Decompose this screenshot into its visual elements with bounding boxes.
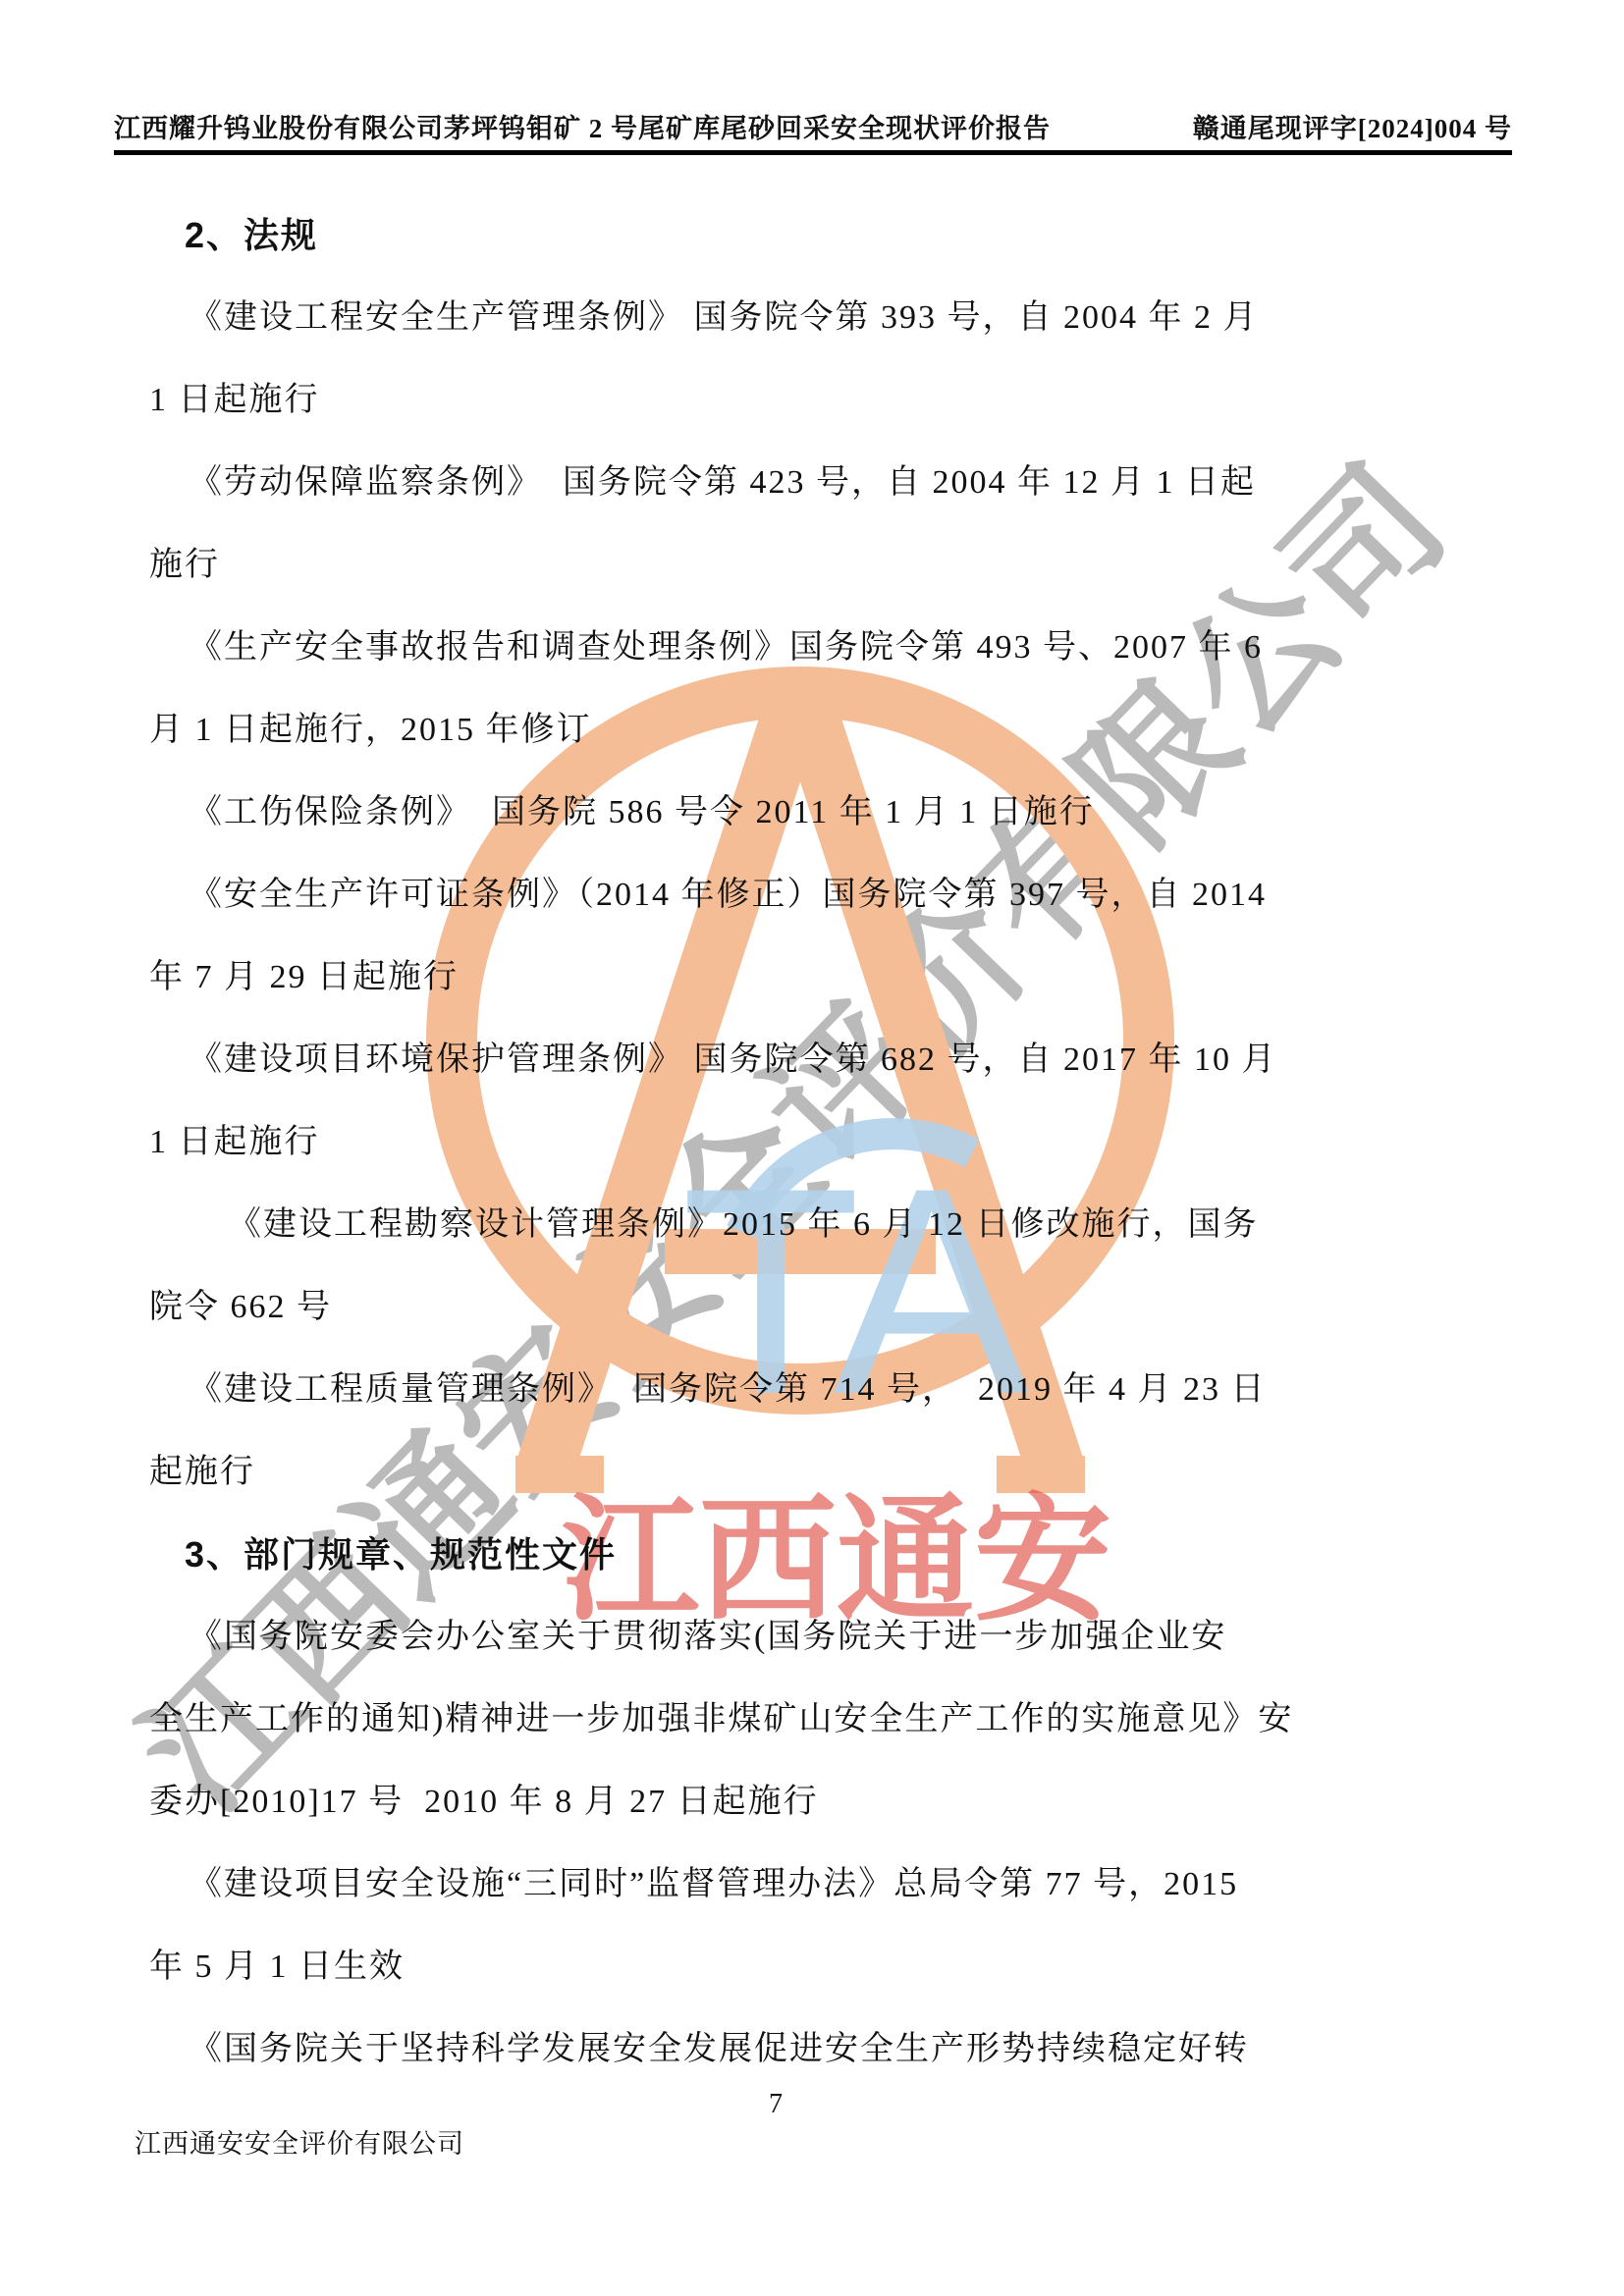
text-line: 《国务院安委会办公室关于贯彻落实(国务院关于进一步加强企业安 [149, 1596, 1494, 1679]
text-line: 《建设工程质量管理条例》 国务院令第 714 号， 2019 年 4 月 23 … [149, 1349, 1494, 1431]
text-line: 《建设项目安全设施“三同时”监督管理办法》总局令第 77 号，2015 [149, 1843, 1494, 1926]
text-line: 《工伤保险条例》 国务院 586 号令 2011 年 1 月 1 日施行 [149, 772, 1494, 854]
text-line: 起施行 [149, 1431, 1494, 1514]
text-line: 院令 662 号 [149, 1266, 1494, 1349]
text-line: 全生产工作的通知)精神进一步加强非煤矿山安全生产工作的实施意见》安 [149, 1679, 1494, 1761]
text-line: 月 1 日起施行，2015 年修订 [149, 689, 1494, 772]
body-text: 2、法规《建设工程安全生产管理条例》 国务院令第 393 号，自 2004 年 … [149, 194, 1494, 2091]
text-line: 《建设项目环境保护管理条例》 国务院令第 682 号，自 2017 年 10 月 [149, 1019, 1494, 1101]
header-report-title: 江西耀升钨业股份有限公司茅坪钨钼矿 2 号尾矿库尾砂回采安全现状评价报告 [114, 107, 1051, 145]
text-line: 委办[2010]17 号 2010 年 8 月 27 日起施行 [149, 1761, 1494, 1843]
text-line: 施行 [149, 524, 1494, 607]
section-heading: 3、部门规章、规范性文件 [149, 1514, 1494, 1596]
footer-company-name: 江西通安安全评价有限公司 [135, 2122, 464, 2161]
header-doc-number: 赣通尾现评字[2024]004 号 [1193, 107, 1512, 145]
document-content: 江西耀升钨业股份有限公司茅坪钨钼矿 2 号尾矿库尾砂回采安全现状评价报告 赣通尾… [0, 0, 1624, 2296]
text-line: 1 日起施行 [149, 1101, 1494, 1184]
text-line: 年 7 月 29 日起施行 [149, 936, 1494, 1019]
page-header: 江西耀升钨业股份有限公司茅坪钨钼矿 2 号尾矿库尾砂回采安全现状评价报告 赣通尾… [114, 96, 1512, 155]
report-page: 江西通安安全评价有限公司 TA 江西通安 江西耀升钨业股份有限公司茅坪钨钼矿 2… [0, 0, 1624, 2296]
text-line: 《国务院关于坚持科学发展安全发展促进安全生产形势持续稳定好转 [149, 2008, 1494, 2091]
text-line: 年 5 月 1 日生效 [149, 1926, 1494, 2008]
page-number: 7 [0, 2089, 1551, 2120]
text-line: 《建设工程勘察设计管理条例》2015 年 6 月 12 日修改施行，国务 [149, 1184, 1494, 1266]
text-line: 《建设工程安全生产管理条例》 国务院令第 393 号，自 2004 年 2 月 [149, 277, 1494, 359]
text-line: 1 日起施行 [149, 359, 1494, 442]
text-line: 《安全生产许可证条例》（2014 年修正）国务院令第 397 号，自 2014 [149, 854, 1494, 936]
text-line: 《生产安全事故报告和调查处理条例》国务院令第 493 号、2007 年 6 [149, 607, 1494, 689]
text-line: 《劳动保障监察条例》 国务院令第 423 号，自 2004 年 12 月 1 日… [149, 442, 1494, 524]
section-heading: 2、法规 [149, 194, 1494, 277]
